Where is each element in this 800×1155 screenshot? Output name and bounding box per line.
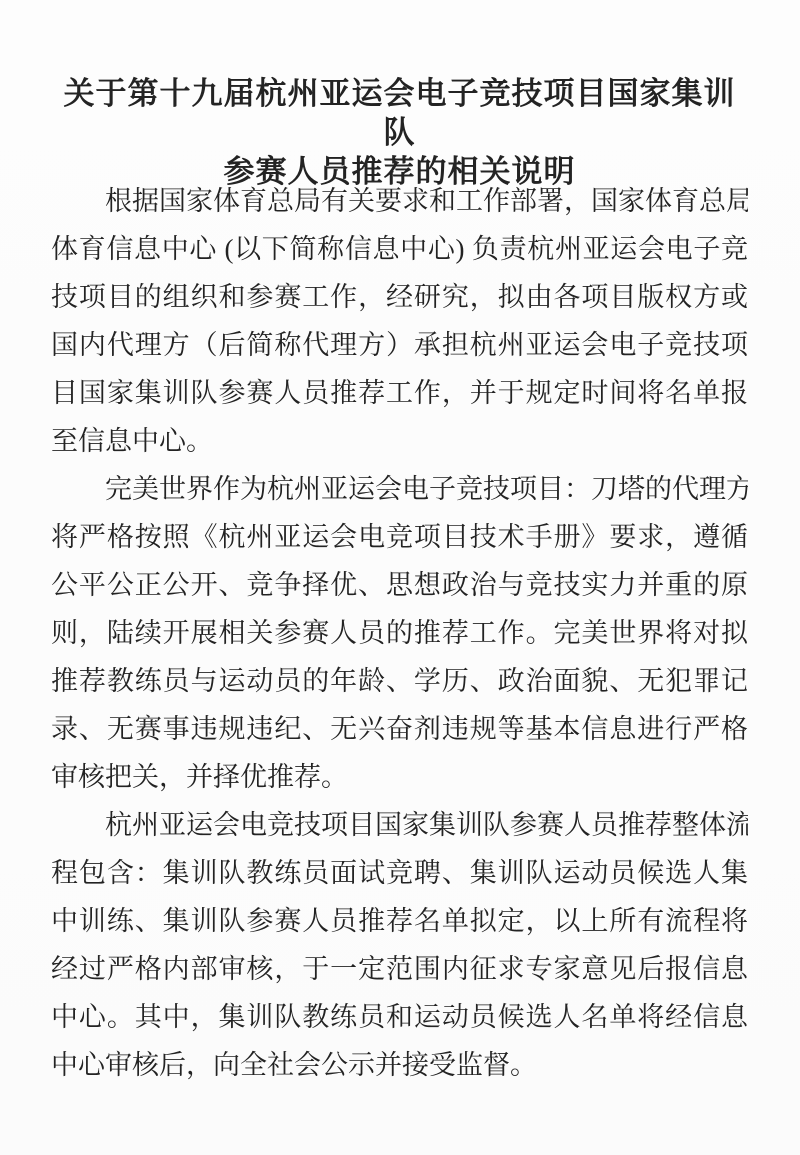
text-line: 中心审核后，向全社会公示并接受监督。 [51,1041,748,1089]
paragraph-3: 杭州亚运会电竞技项目国家集训队参赛人员推荐整体流 程包含：集训队教练员面试竞聘、… [51,801,748,1089]
text-line: 则，陆续开展相关参赛人员的推荐工作。完美世界将对拟 [51,609,748,657]
text-line: 公平公正公开、竞争择优、思想政治与竞技实力并重的原 [51,561,748,609]
text-line: 中心。其中，集训队教练员和运动员候选人名单将经信息 [51,993,748,1041]
text-line: 技项目的组织和参赛工作，经研究，拟由各项目版权方或 [51,273,748,321]
document-title: 关于第十九届杭州亚运会电子竞技项目国家集训队 参赛人员推荐的相关说明 [51,74,748,191]
text-line: 国内代理方（后简称代理方）承担杭州亚运会电子竞技项 [51,321,748,369]
text-line: 中训练、集训队参赛人员推荐名单拟定，以上所有流程将 [51,897,748,945]
text-line: 推荐教练员与运动员的年龄、学历、政治面貌、无犯罪记 [51,657,748,705]
paragraph-2: 完美世界作为杭州亚运会电子竞技项目：刀塔的代理方， 将严格按照《杭州亚运会电竞项… [51,465,748,801]
scanned-document-page: 关于第十九届杭州亚运会电子竞技项目国家集训队 参赛人员推荐的相关说明 根据国家体… [0,0,800,1155]
text-line: 程包含：集训队教练员面试竞聘、集训队运动员候选人集 [51,849,748,897]
text-line: 体育信息中心 (以下简称信息中心) 负责杭州亚运会电子竞 [51,225,748,273]
paragraph-1: 根据国家体育总局有关要求和工作部署，国家体育总局 体育信息中心 (以下简称信息中… [51,177,748,465]
text-line: 杭州亚运会电竞技项目国家集训队参赛人员推荐整体流 [51,801,748,849]
document-body: 根据国家体育总局有关要求和工作部署，国家体育总局 体育信息中心 (以下简称信息中… [51,177,748,1089]
text-line: 目国家集训队参赛人员推荐工作，并于规定时间将名单报 [51,369,748,417]
document-title-line-1: 关于第十九届杭州亚运会电子竞技项目国家集训队 [51,74,748,152]
text-line: 经过严格内部审核，于一定范围内征求专家意见后报信息 [51,945,748,993]
text-line: 至信息中心。 [51,417,748,465]
text-line: 根据国家体育总局有关要求和工作部署，国家体育总局 [51,177,748,225]
text-line: 完美世界作为杭州亚运会电子竞技项目：刀塔的代理方， [51,465,748,513]
text-line: 将严格按照《杭州亚运会电竞项目技术手册》要求，遵循 [51,513,748,561]
text-line: 录、无赛事违规违纪、无兴奋剂违规等基本信息进行严格 [51,705,748,753]
text-line: 审核把关，并择优推荐。 [51,753,748,801]
